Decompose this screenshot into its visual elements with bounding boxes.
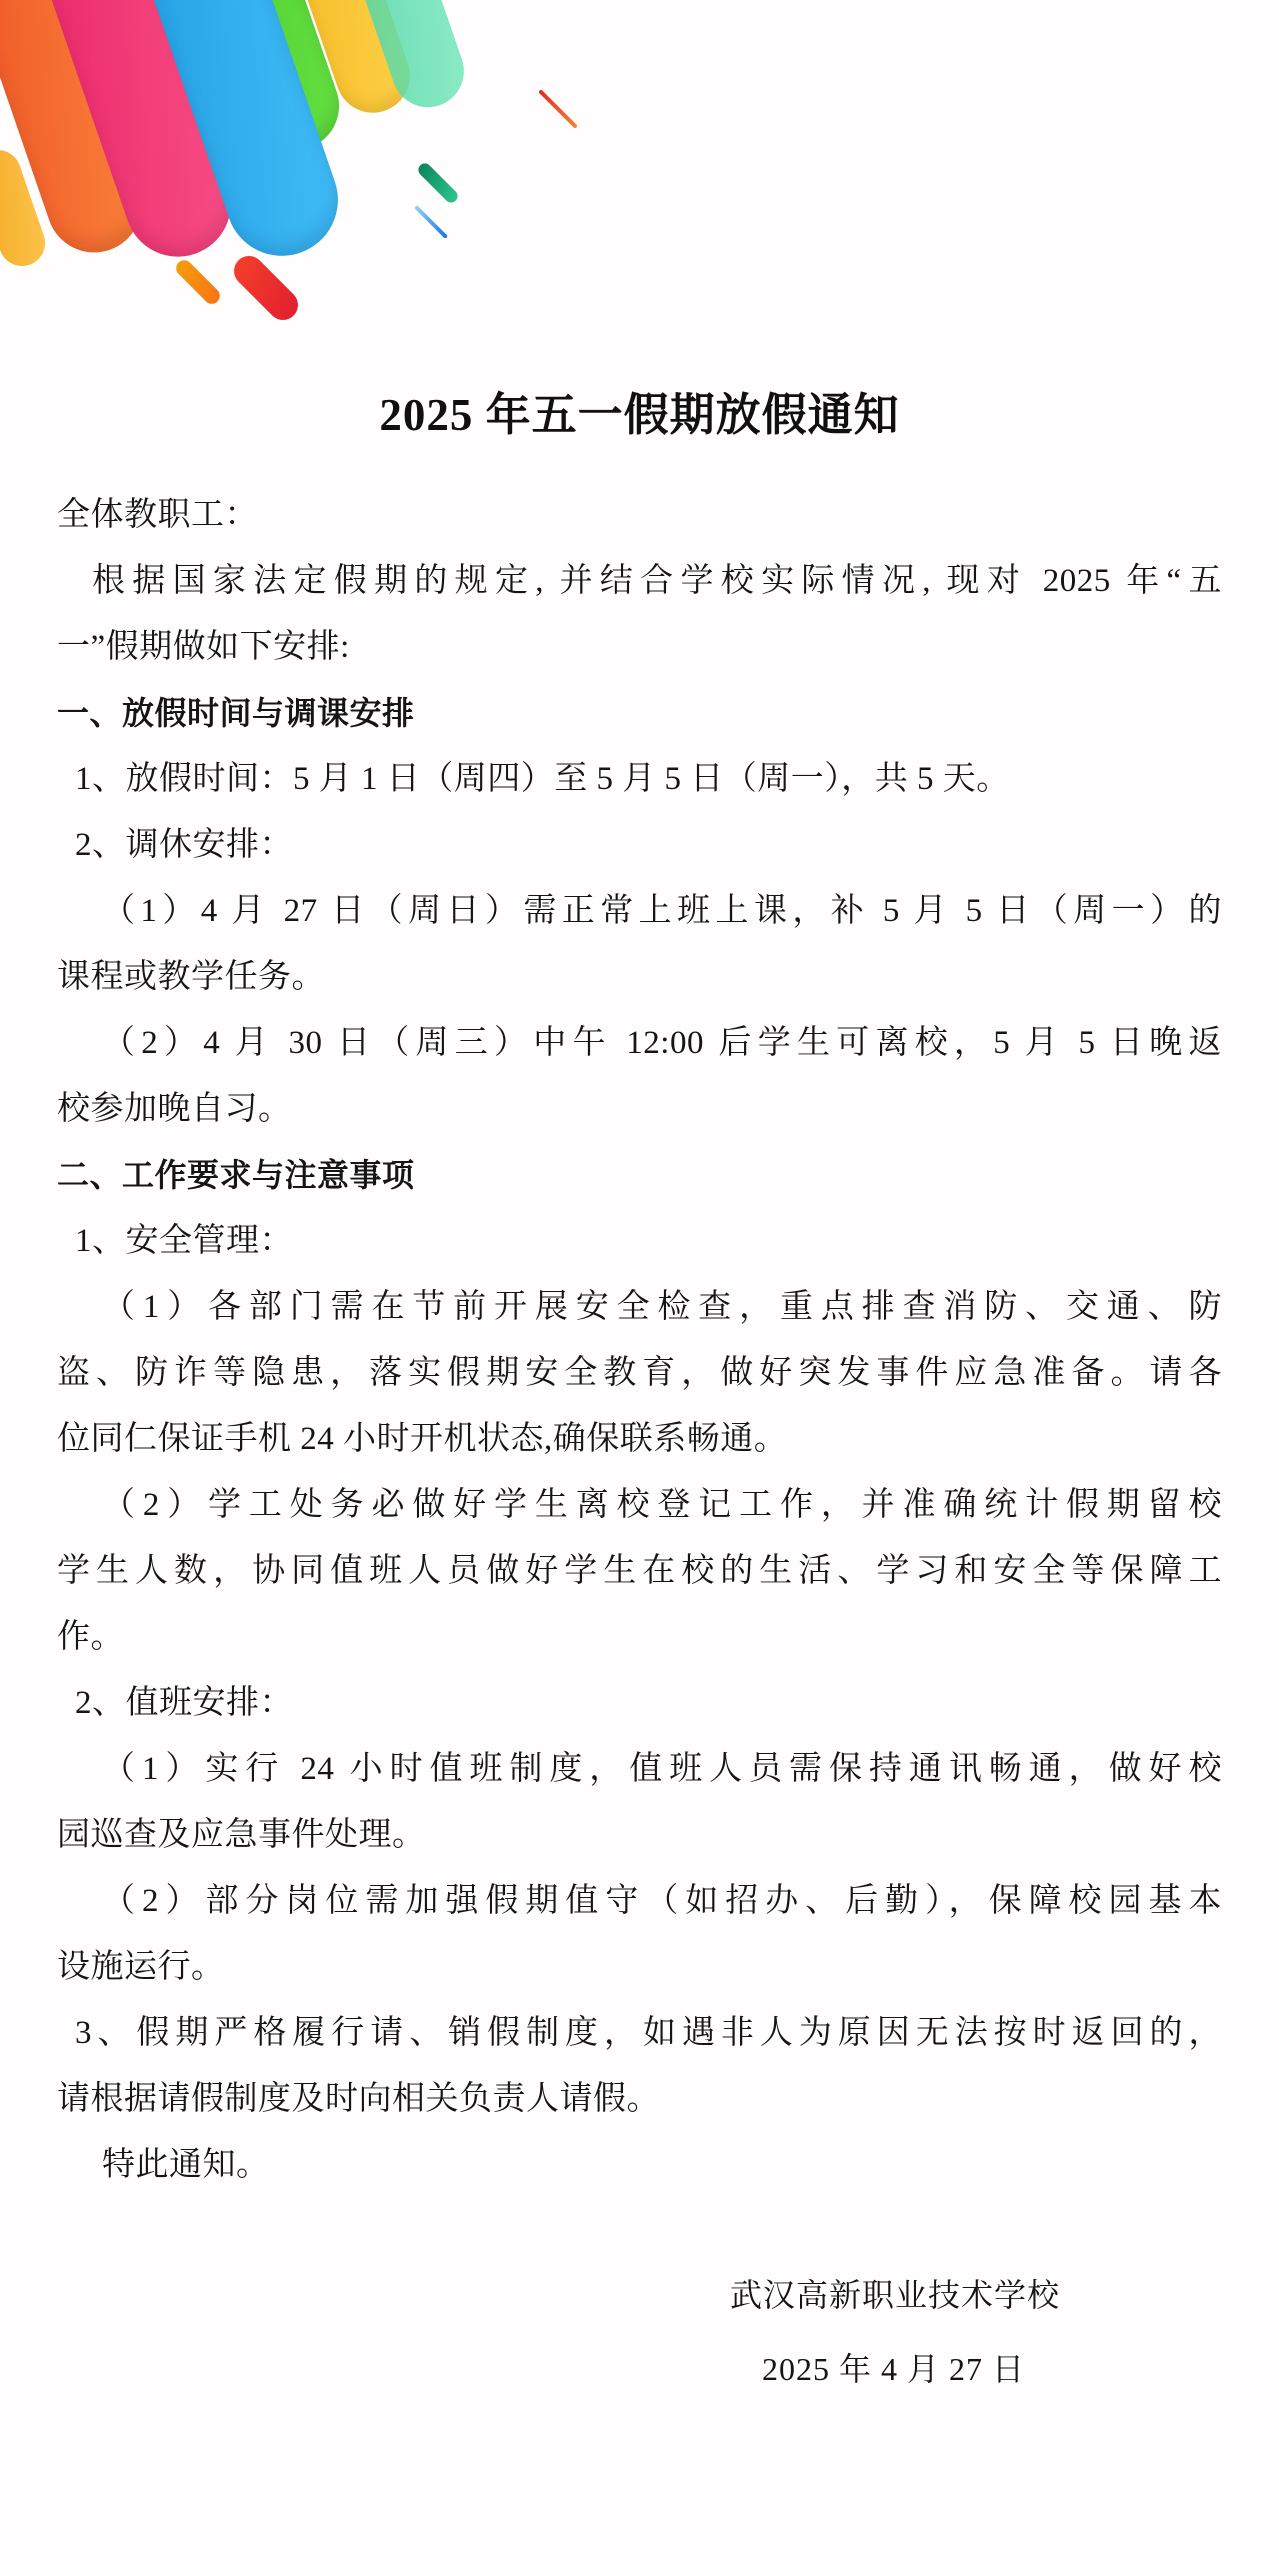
text-line: （2）部分岗位需加强假期值守（如招办、后勤），保障校园基本	[57, 1868, 1222, 1934]
dash-orange-icon	[173, 257, 223, 307]
text-line: 一”假期做如下安排:	[57, 614, 1222, 680]
line-red-icon	[538, 89, 578, 129]
text-line: 一、放假时间与调课安排	[57, 680, 1222, 746]
line-blue-icon	[414, 205, 448, 239]
text-line: 1、放假时间：5 月 1 日（周四）至 5 月 5 日（周一），共 5 天。	[57, 746, 1222, 812]
text-line: 作。	[57, 1604, 1222, 1670]
text-line: 请根据请假制度及时向相关负责人请假。	[57, 2066, 1222, 2132]
text-line: （2）4 月 30 日（周三）中午 12:00 后学生可离校，5 月 5 日晚返	[57, 1010, 1222, 1076]
text-line: 2、调休安排：	[57, 812, 1222, 878]
signature-date: 2025 年 4 月 27 日	[762, 2344, 1025, 2390]
text-line: 园巡查及应急事件处理。	[57, 1802, 1222, 1868]
text-line: 全体教职工：	[57, 482, 1222, 548]
text-line: 特此通知。	[57, 2132, 1222, 2198]
signature-organization: 武汉高新职业技术学校	[730, 2270, 1060, 2316]
text-line: 2、值班安排：	[57, 1670, 1222, 1736]
text-line: 1、安全管理：	[57, 1208, 1222, 1274]
text-line: 3、假期严格履行请、销假制度，如遇非人为原因无法按时返回的，	[57, 2000, 1222, 2066]
pill-red-icon	[228, 250, 304, 326]
text-line: （1）各部门需在节前开展安全检查，重点排查消防、交通、防	[57, 1274, 1222, 1340]
text-line: 学生人数，协同值班人员做好学生在校的生活、学习和安全等保障工	[57, 1538, 1222, 1604]
text-line: （1）4 月 27 日（周日）需正常上班上课，补 5 月 5 日（周一）的	[57, 878, 1222, 944]
text-line: （1）实行 24 小时值班制度，值班人员需保持通讯畅通，做好校	[57, 1736, 1222, 1802]
dash-green-icon	[416, 161, 461, 206]
text-line: 二、工作要求与注意事项	[57, 1142, 1222, 1208]
text-line: 位同仁保证手机 24 小时开机状态,确保联系畅通。	[57, 1406, 1222, 1472]
notice-document: 2025 年五一假期放假通知 全体教职工：根据国家法定假期的规定, 并结合学校实…	[0, 0, 1279, 2565]
text-line: 设施运行。	[57, 1934, 1222, 2000]
text-line: （2）学工处务必做好学生离校登记工作，并准确统计假期留校	[57, 1472, 1222, 1538]
text-line: 盗、防诈等隐患，落实假期安全教育，做好突发事件应急准备。请各	[57, 1340, 1222, 1406]
text-line: 根据国家法定假期的规定, 并结合学校实际情况, 现对 2025 年“五	[57, 548, 1222, 614]
text-line: 校参加晚自习。	[57, 1076, 1222, 1142]
body-lines: 全体教职工：根据国家法定假期的规定, 并结合学校实际情况, 现对 2025 年“…	[57, 482, 1222, 2198]
text-line: 课程或教学任务。	[57, 944, 1222, 1010]
page-title: 2025 年五一假期放假通知	[0, 378, 1279, 443]
